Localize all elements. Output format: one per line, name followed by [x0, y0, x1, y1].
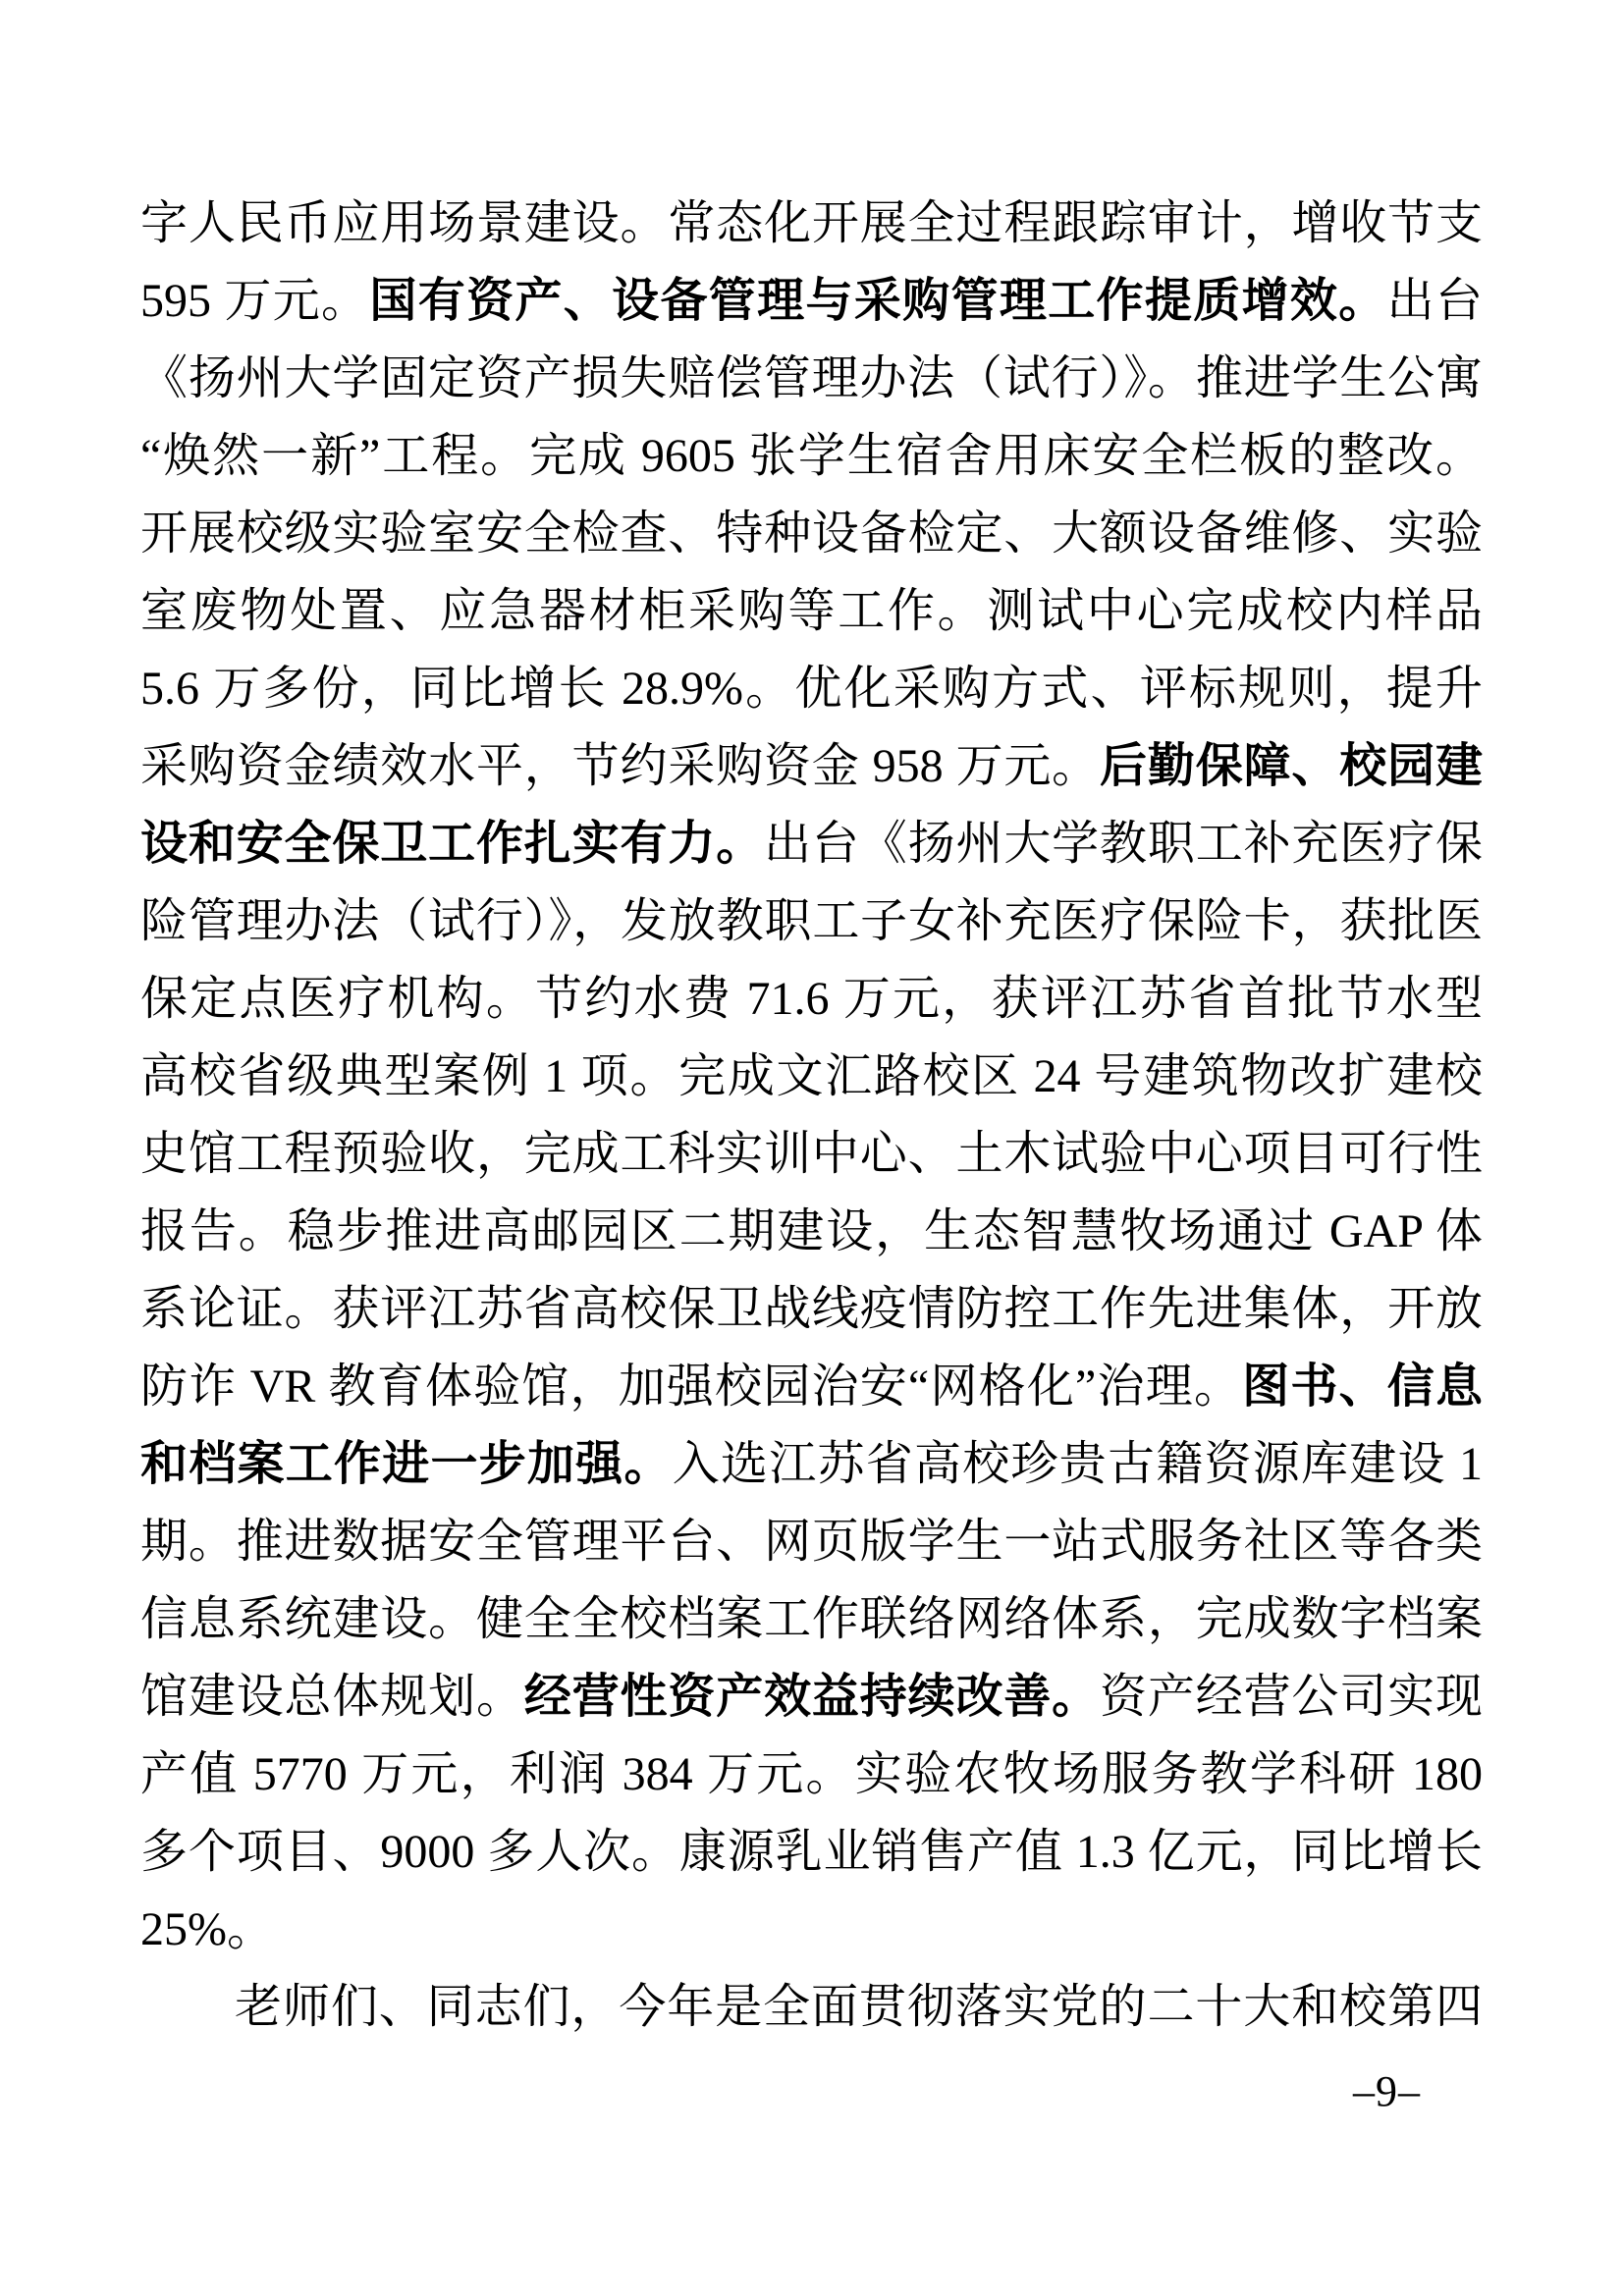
text-line: 室废物处置、应急器材柜采购等工作。测试中心完成校内样品 [140, 572, 1483, 650]
text-line: 防诈 VR 教育体验馆，加强校园治安“网格化”治理。图书、信息 [140, 1348, 1483, 1425]
text-line: 设和安全保卫工作扎实有力。出台《扬州大学教职工补充医疗保 [140, 805, 1483, 882]
text-line: 老师们、同志们，今年是全面贯彻落实党的二十大和校第四 [140, 1968, 1483, 2046]
text-run: 入选江苏省高校珍贵古籍资源库建设 1 [673, 1438, 1483, 1490]
text-run: 馆建设总体规划。 [140, 1671, 524, 1723]
document-lines: 字人民币应用场景建设。常态化开展全过程跟踪审计，增收节支595 万元。国有资产、… [140, 185, 1483, 2046]
emphasis-text-run: 经营性资产效益持续改善。 [524, 1671, 1100, 1723]
emphasis-text-run: 设和安全保卫工作扎实有力。 [140, 818, 764, 870]
text-line: 期。推进数据安全管理平台、网页版学生一站式服务社区等各类 [140, 1503, 1483, 1580]
text-run: 史馆工程预验收，完成工科实训中心、土木试验中心项目可行性 [140, 1128, 1483, 1180]
text-run: 室废物处置、应急器材柜采购等工作。测试中心完成校内样品 [140, 585, 1483, 637]
text-line: 高校省级典型案例 1 项。完成文汇路校区 24 号建筑物改扩建校 [140, 1038, 1483, 1115]
text-run: 出台 [1387, 275, 1483, 327]
text-line: 产值 5770 万元，利润 384 万元。实验农牧场服务教学科研 180 [140, 1735, 1483, 1813]
text-run: 信息系统建设。健全全校档案工作联络网络体系，完成数字档案 [140, 1593, 1483, 1645]
text-line: 开展校级实验室安全检查、特种设备检定、大额设备维修、实验 [140, 495, 1483, 572]
text-run: 5.6 万多份，同比增长 28.9%。优化采购方式、评标规则，提升 [140, 663, 1483, 715]
text-run: 老师们、同志们，今年是全面贯彻落实党的二十大和校第四 [235, 1981, 1483, 2033]
text-run: “焕然一新”工程。完成 9605 张学生宿舍用床安全栏板的整改。 [140, 430, 1483, 482]
text-line: 字人民币应用场景建设。常态化开展全过程跟踪审计，增收节支 [140, 185, 1483, 262]
emphasis-text-run: 和档案工作进一步加强。 [140, 1438, 673, 1490]
text-run: 防诈 VR 教育体验馆，加强校园治安“网格化”治理。 [140, 1361, 1242, 1413]
text-line: 系论证。获评江苏省高校保卫战线疫情防控工作先进集体，开放 [140, 1270, 1483, 1348]
text-line: 多个项目、9000 多人次。康源乳业销售产值 1.3 亿元，同比增长 [140, 1813, 1483, 1891]
text-run: 多个项目、9000 多人次。康源乳业销售产值 1.3 亿元，同比增长 [140, 1826, 1483, 1878]
text-line: 保定点医疗机构。节约水费 71.6 万元，获评江苏省首批节水型 [140, 960, 1483, 1038]
page-number: –9– [1353, 2067, 1421, 2116]
text-run: 资产经营公司实现 [1100, 1671, 1483, 1723]
text-run: 报告。稳步推进高邮园区二期建设，生态智慧牧场通过 GAP 体 [140, 1205, 1483, 1257]
text-run: 595 万元。 [140, 275, 369, 327]
text-run: 出台《扬州大学教职工补充医疗保 [764, 818, 1483, 870]
text-run: 产值 5770 万元，利润 384 万元。实验农牧场服务教学科研 180 [140, 1748, 1483, 1800]
text-line: 和档案工作进一步加强。入选江苏省高校珍贵古籍资源库建设 1 [140, 1425, 1483, 1503]
text-line: 25%。 [140, 1891, 1483, 1968]
text-run: 高校省级典型案例 1 项。完成文汇路校区 24 号建筑物改扩建校 [140, 1050, 1483, 1102]
emphasis-text-run: 后勤保障、校园建 [1100, 740, 1483, 792]
document-page: 字人民币应用场景建设。常态化开展全过程跟踪审计，增收节支595 万元。国有资产、… [0, 0, 1624, 2296]
text-line: 报告。稳步推进高邮园区二期建设，生态智慧牧场通过 GAP 体 [140, 1193, 1483, 1270]
text-run: 开展校级实验室安全检查、特种设备检定、大额设备维修、实验 [140, 507, 1483, 560]
text-line: 史馆工程预验收，完成工科实训中心、土木试验中心项目可行性 [140, 1115, 1483, 1193]
emphasis-text-run: 图书、信息 [1242, 1361, 1483, 1413]
text-run: 险管理办法（试行）》，发放教职工子女补充医疗保险卡，获批医 [140, 895, 1483, 947]
emphasis-text-run: 国有资产、设备管理与采购管理工作提质增效。 [369, 275, 1386, 327]
text-run: 期。推进数据安全管理平台、网页版学生一站式服务社区等各类 [140, 1516, 1483, 1568]
text-run: 系论证。获评江苏省高校保卫战线疫情防控工作先进集体，开放 [140, 1283, 1483, 1335]
text-run: 25%。 [140, 1903, 274, 1955]
text-run: 《扬州大学固定资产损失赔偿管理办法（试行）》。推进学生公寓 [140, 352, 1483, 404]
text-run: 字人民币应用场景建设。常态化开展全过程跟踪审计，增收节支 [140, 197, 1483, 249]
text-line: 5.6 万多份，同比增长 28.9%。优化采购方式、评标规则，提升 [140, 650, 1483, 727]
text-run: 采购资金绩效水平，节约采购资金 958 万元。 [140, 740, 1100, 792]
text-line: “焕然一新”工程。完成 9605 张学生宿舍用床安全栏板的整改。 [140, 417, 1483, 495]
text-line: 信息系统建设。健全全校档案工作联络网络体系，完成数字档案 [140, 1580, 1483, 1658]
text-line: 险管理办法（试行）》，发放教职工子女补充医疗保险卡，获批医 [140, 882, 1483, 960]
text-run: 保定点医疗机构。节约水费 71.6 万元，获评江苏省首批节水型 [140, 973, 1483, 1025]
text-line: 595 万元。国有资产、设备管理与采购管理工作提质增效。出台 [140, 262, 1483, 340]
text-line: 采购资金绩效水平，节约采购资金 958 万元。后勤保障、校园建 [140, 727, 1483, 805]
text-line: 馆建设总体规划。经营性资产效益持续改善。资产经营公司实现 [140, 1658, 1483, 1735]
text-line: 《扬州大学固定资产损失赔偿管理办法（试行）》。推进学生公寓 [140, 340, 1483, 417]
